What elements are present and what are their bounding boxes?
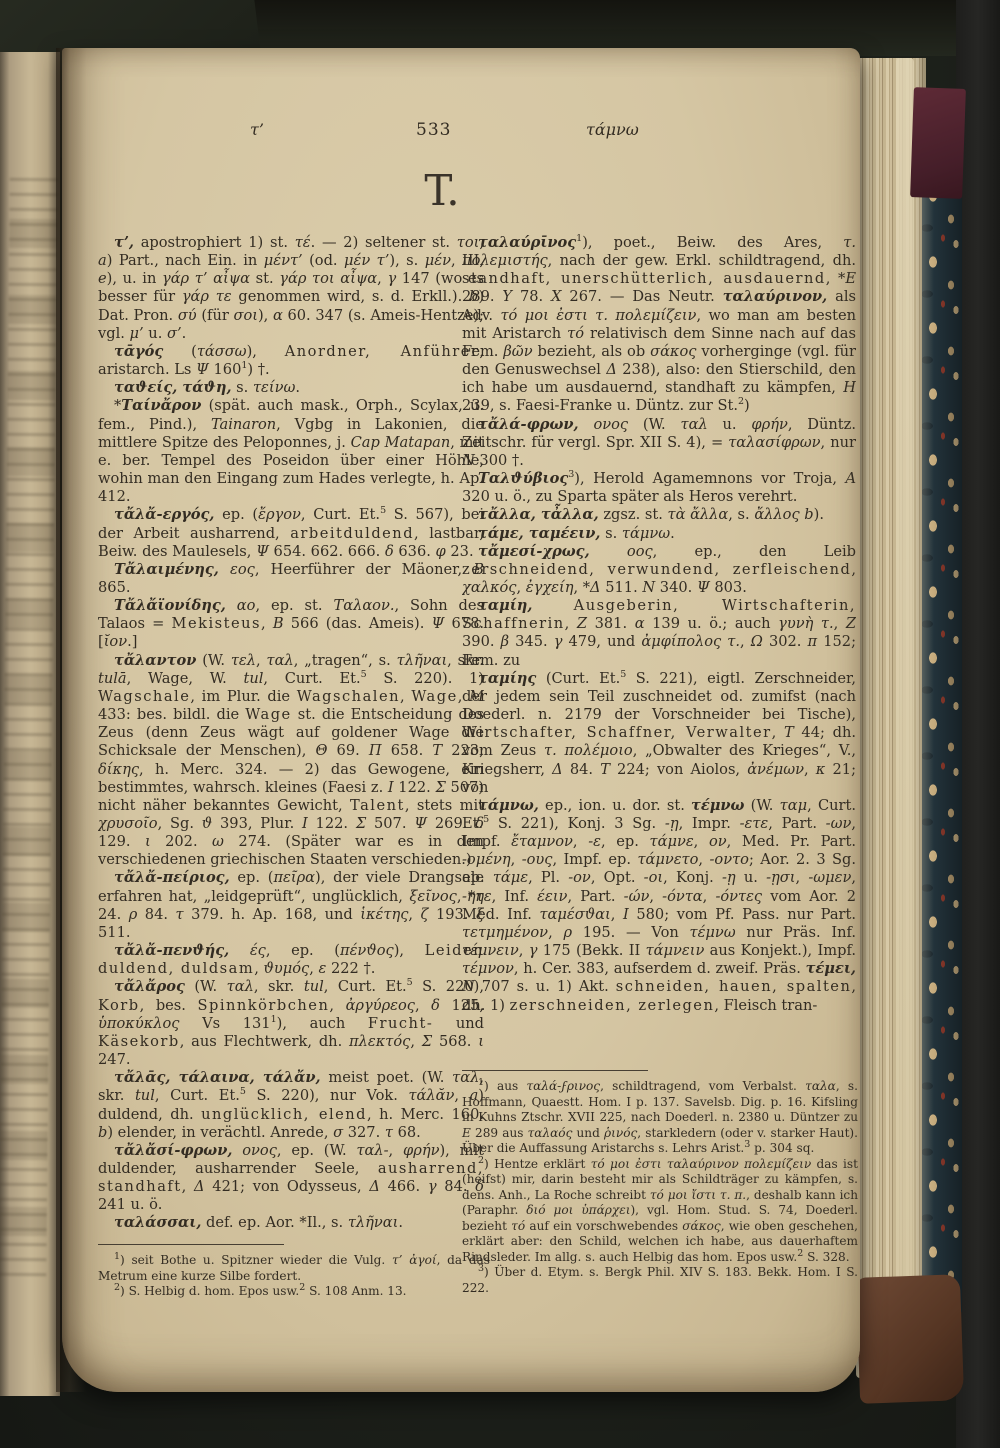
leather-corner-bottom [856, 1274, 964, 1404]
column-left: τ’, apostrophiert 1) st. τέ. — 2) selten… [98, 234, 484, 1233]
entry-paragraph: τἄλλα, τἆλλα, zgsz. st. τὰ ἄλλα, s. ἄλλο… [462, 506, 856, 524]
column-right: ταλαύρῑνος1), poet., Beiw. des Ares, τ. … [462, 234, 856, 1015]
book-photo: τ’ 533 τάμνω T. τ’, apostrophiert 1) st.… [0, 0, 1000, 1448]
footnote-paragraph: 2) S. Helbig d. hom. Epos usw.2 S. 108 A… [98, 1284, 490, 1300]
entry-paragraph: τ’, apostrophiert 1) st. τέ. — 2) selten… [98, 234, 484, 343]
facing-page-edge [0, 52, 60, 1396]
entry-paragraph: τἄλἄ-εργός, ep. (ἔργον, Curt. Et.5 S. 56… [98, 506, 484, 560]
entry-paragraph: Τἄλαιμένης, εος, Heerführer der Mäoner, … [98, 561, 484, 597]
footnote-paragraph: 1) aus ταλά-ϝρινος, schildtragend, vom V… [462, 1079, 858, 1157]
footnote-paragraph: 3) Über d. Etym. s. Bergk Phil. XIV S. 1… [462, 1265, 858, 1296]
book-page: τ’ 533 τάμνω T. τ’, apostrophiert 1) st.… [62, 48, 860, 1392]
running-head: τ’ 533 τάμνω [98, 120, 858, 146]
footnote-paragraph: 1) seit Bothe u. Spitzner wieder die Vul… [98, 1253, 490, 1284]
page-stack-highlight [896, 58, 914, 1378]
entry-paragraph: τἄλἄρος (W. ταλ, skr. tul, Curt. Et.5 S.… [98, 978, 484, 1069]
running-head-left-keyword: τ’ [250, 120, 264, 139]
marbled-cover-shading [922, 186, 962, 1312]
entry-paragraph: τἄλαντον (W. τελ, ταλ, „tragen“, s. τλῆν… [98, 652, 484, 870]
entry-paragraph: Τἄλἄϊονίδης, αο, ep. st. Ταλαον., Sohn d… [98, 597, 484, 651]
footnote-rule-left [98, 1244, 284, 1245]
entry-paragraph: *Ταίνἄρον (spät. auch mask., Orph., Scyl… [98, 397, 484, 506]
entry-paragraph: Ταλϑύβιος3), Herold Agamemnons vor Troja… [462, 470, 856, 506]
entry-paragraph: ταμίη, Ausgeberin, Wirtschafterin, Schaf… [462, 597, 856, 670]
page-number: 533 [416, 120, 451, 140]
facing-page-blurred-text [0, 172, 58, 1276]
footnote-rule-right [462, 1070, 648, 1071]
entry-paragraph: ταμίης (Curt. Et.5 S. 221), eigtl. Zersc… [462, 670, 856, 797]
leather-corner-top [910, 87, 966, 199]
footnotes-right-body: 1) aus ταλά-ϝρινος, schildtragend, vom V… [462, 1079, 858, 1296]
running-head-right-keyword: τάμνω [586, 120, 639, 139]
entry-paragraph: ταλαύρῑνος1), poet., Beiw. des Ares, τ. … [462, 234, 856, 416]
entry-paragraph: τᾱγός (τάσσω), Anordner, Anführer, arist… [98, 343, 484, 379]
entry-paragraph: ταλάσσαι, def. ep. Aor. *Il., s. τλῆναι. [98, 1214, 484, 1232]
background-right-strip [956, 0, 1000, 1448]
entry-paragraph: τἄλἄσί-φρων, ονος, ep. (W. ταλ-, φρήν), … [98, 1142, 484, 1215]
entry-paragraph: τάμε, ταμέειν, s. τάμνω. [462, 525, 856, 543]
footnotes-left-body: 1) seit Bothe u. Spitzner wieder die Vul… [98, 1253, 490, 1300]
footnote-paragraph: 2) Hentze erklärt τό μοι ἐστι ταλαύρινον… [462, 1157, 858, 1266]
page-content: τ’ 533 τάμνω T. τ’, apostrophiert 1) st.… [62, 48, 860, 1392]
entry-paragraph: τἄλᾱς, τάλαινα, τάλἄν, meist poet. (W. τ… [98, 1069, 484, 1142]
entry-paragraph: τἄλἄ-πείριος, ep. (πεῖρα), der viele Dra… [98, 869, 484, 942]
page-stack-fore-edge [856, 58, 926, 1378]
entry-paragraph: τάμνω, ep., ion. u. dor. st. τέμνω (W. τ… [462, 797, 856, 1015]
entry-paragraph: τἄλά-φρων, ονος (W. ταλ u. φρήν, Düntz. … [462, 416, 856, 470]
entry-paragraph: τἄμεσί-χρως, οος, ep., den Leib zerschne… [462, 543, 856, 597]
entry-paragraph: τἄλἄ-πενϑής, ές, ep. (πένϑος), Leiden du… [98, 942, 484, 978]
footnotes-right: 1) aus ταλά-ϝρινος, schildtragend, vom V… [462, 1070, 858, 1296]
entry-paragraph: ταϑείς, τάϑη, s. τείνω. [98, 379, 484, 397]
footnotes-left: 1) seit Bothe u. Spitzner wieder die Vul… [98, 1244, 490, 1300]
section-letter: T. [62, 166, 822, 215]
